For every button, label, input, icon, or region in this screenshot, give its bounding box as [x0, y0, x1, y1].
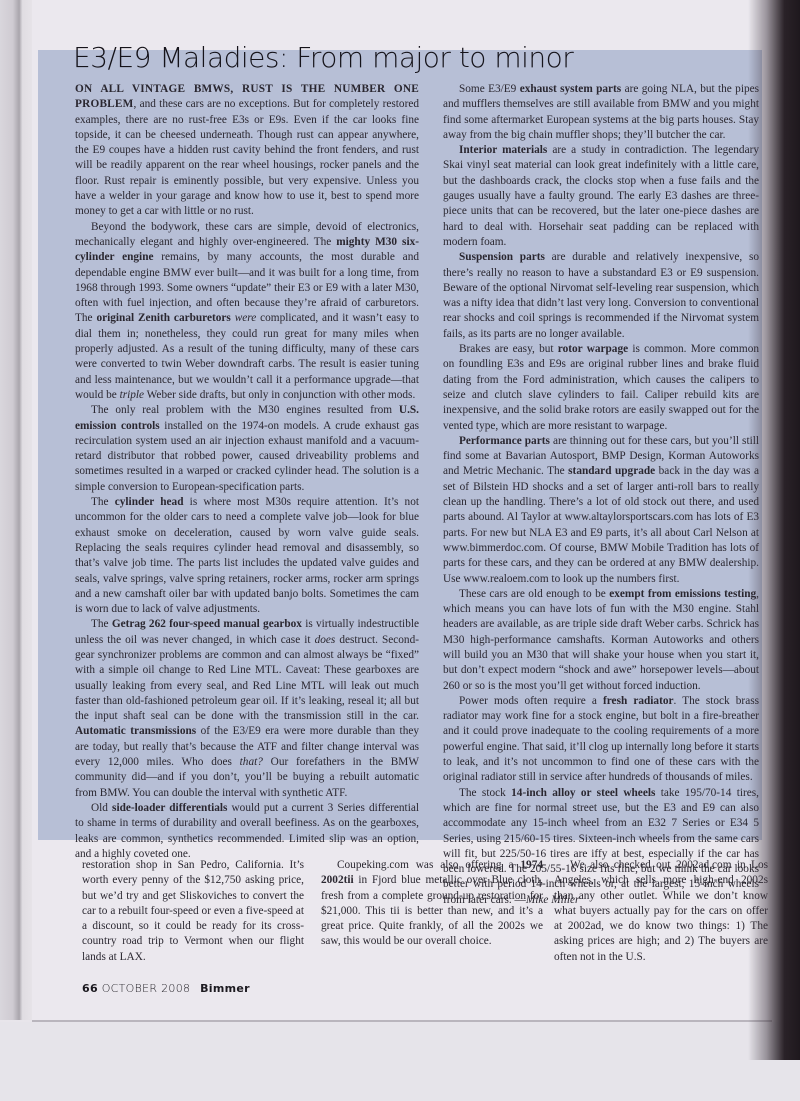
paragraph: ON ALL VINTAGE BMWS, RUST IS THE NUMBER … — [75, 82, 419, 220]
article-title: E3/E9 Maladies: From major to minor — [73, 41, 573, 74]
paragraph: Old side-loader differentials would put … — [75, 801, 419, 862]
paragraph: These cars are old enough to be exempt f… — [443, 587, 759, 694]
bottom-column-1: restoration shop in San Pedro, Californi… — [82, 858, 304, 965]
magazine-name: Bimmer — [200, 982, 250, 995]
paragraph: Performance parts are thinning out for t… — [443, 434, 759, 587]
page-number: 66 — [82, 982, 98, 995]
page-gutter-shadow — [748, 0, 800, 1060]
paragraph: Power mods often require a fresh radiato… — [443, 694, 759, 786]
page-folio: 66 OCTOBER 2008 Bimmer — [82, 982, 250, 995]
paragraph: The only real problem with the M30 engin… — [75, 403, 419, 495]
paragraph: Interior materials are a study in contra… — [443, 143, 759, 250]
page-binding-edge — [0, 0, 32, 1020]
bottom-column-3: We also checked out 2002ad.com in Los An… — [554, 858, 768, 965]
scanner-bed — [0, 1022, 800, 1101]
paragraph: Coupeking.com was also offering a 1974 2… — [321, 858, 543, 950]
paragraph: Beyond the bodywork, these cars are simp… — [75, 220, 419, 404]
paragraph: Some E3/E9 exhaust system parts are goin… — [443, 82, 759, 143]
bottom-column-2: Coupeking.com was also offering a 1974 2… — [321, 858, 543, 950]
paragraph: restoration shop in San Pedro, Californi… — [82, 858, 304, 965]
right-column: Some E3/E9 exhaust system parts are goin… — [443, 82, 759, 908]
left-column: ON ALL VINTAGE BMWS, RUST IS THE NUMBER … — [75, 82, 419, 862]
paragraph: Suspension parts are durable and relativ… — [443, 250, 759, 342]
paragraph: We also checked out 2002ad.com in Los An… — [554, 858, 768, 965]
paragraph: The Getrag 262 four-speed manual gearbox… — [75, 617, 419, 801]
paragraph: The cylinder head is where most M30s req… — [75, 495, 419, 617]
issue-date: OCTOBER 2008 — [102, 982, 191, 995]
paragraph: Brakes are easy, but rotor warpage is co… — [443, 342, 759, 434]
